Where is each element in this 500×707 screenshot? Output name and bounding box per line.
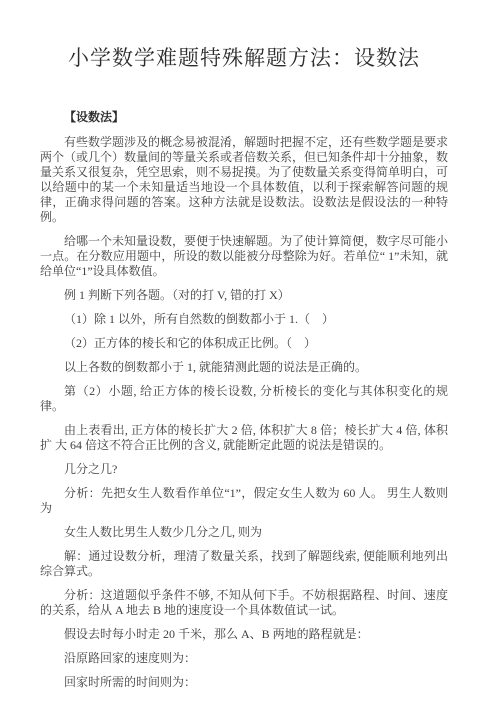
- paragraph: 有些数学题涉及的概念易被混淆，解题时把握不定，还有些数学题是要求两个（或几个）数…: [40, 135, 448, 225]
- paragraph: 假设去时每小时走 20 千米，那么 A、B 两地的路程就是：: [40, 627, 448, 642]
- document-page: 小学数学难题特殊解题方法：设数法 【设数法】 有些数学题涉及的概念易被混淆，解题…: [0, 0, 500, 707]
- paragraph: 以上各数的倒数都小于 1, 就能猜测此题的说法是正确的。: [40, 360, 448, 375]
- document-body: 有些数学题涉及的概念易被混淆，解题时把握不定，还有些数学题是要求两个（或几个）数…: [40, 135, 448, 690]
- paragraph: 第（2）小题, 给正方体的棱长设数, 分析棱长的变化与其体积变化的规律。: [40, 384, 448, 414]
- paragraph: 给哪一个未知量设数，要便于快速解题。为了使计算简便，数字尽可能小一点。在分数应用…: [40, 234, 448, 279]
- paragraph: 沿原路回家的速度则为：: [40, 651, 448, 666]
- paragraph: 分析：这道题似乎条件不够, 不知从何下手。不妨根据路程、时间、速度的关系，给从 …: [40, 588, 448, 618]
- paragraph: （2）正方体的棱长和它的体积成正比例。（ ）: [40, 336, 448, 351]
- paragraph: 回家时所需的时间则为：: [40, 675, 448, 690]
- paragraph: 由上表看出, 正方体的棱长扩大 2 倍, 体积扩大 8 倍；棱长扩大 4 倍, …: [40, 423, 448, 453]
- paragraph: 分析：先把女生人数看作单位“1”，假定女生人数为 60 人。 男生人数则为: [40, 486, 448, 516]
- paragraph: 例 1 判断下列各题。（对的打 V, 错的打 X）: [40, 288, 448, 303]
- paragraph: （1）除 1 以外，所有自然数的倒数都小于 1.（ ）: [40, 312, 448, 327]
- paragraph: 女生人数比男生人数少几分之几, 则为: [40, 525, 448, 540]
- paragraph: 几分之几?: [40, 462, 448, 477]
- document-title: 小学数学难题特殊解题方法：设数法: [40, 44, 448, 72]
- section-heading: 【设数法】: [40, 110, 448, 125]
- paragraph: 解：通过设数分析，理清了数量关系，找到了解题线索, 便能顺利地列出综合算式。: [40, 549, 448, 579]
